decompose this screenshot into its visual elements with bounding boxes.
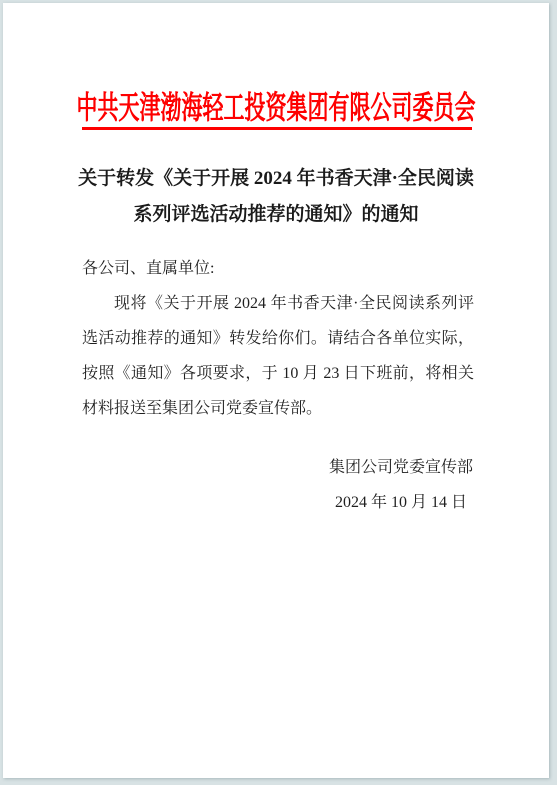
document-title: 关于转发《关于开展 2024 年书香天津·全民阅读 系列评选活动推荐的通知》的通… [23,161,529,233]
signature-department: 集团公司党委宣传部 [329,450,473,485]
document-title-line2: 系列评选活动推荐的通知》的通知 [23,197,529,233]
signature-date: 2024 年 10 月 14 日 [329,485,473,520]
salutation: 各公司、直属单位: [82,251,474,286]
letterhead-divider-line [82,127,472,130]
document-title-line1: 关于转发《关于开展 2024 年书香天津·全民阅读 [23,161,529,197]
document-body: 各公司、直属单位: 现将《关于开展 2024 年书香天津·全民阅读系列评选活动推… [82,251,474,426]
letterhead-org-name: 中共天津渤海轻工投资集团有限公司委员会 [3,82,549,133]
signature-block: 集团公司党委宣传部 2024 年 10 月 14 日 [329,450,473,520]
body-paragraph: 现将《关于开展 2024 年书香天津·全民阅读系列评选活动推荐的通知》转发给你们… [82,286,474,426]
document-page: 中共天津渤海轻工投资集团有限公司委员会 关于转发《关于开展 2024 年书香天津… [3,3,549,778]
